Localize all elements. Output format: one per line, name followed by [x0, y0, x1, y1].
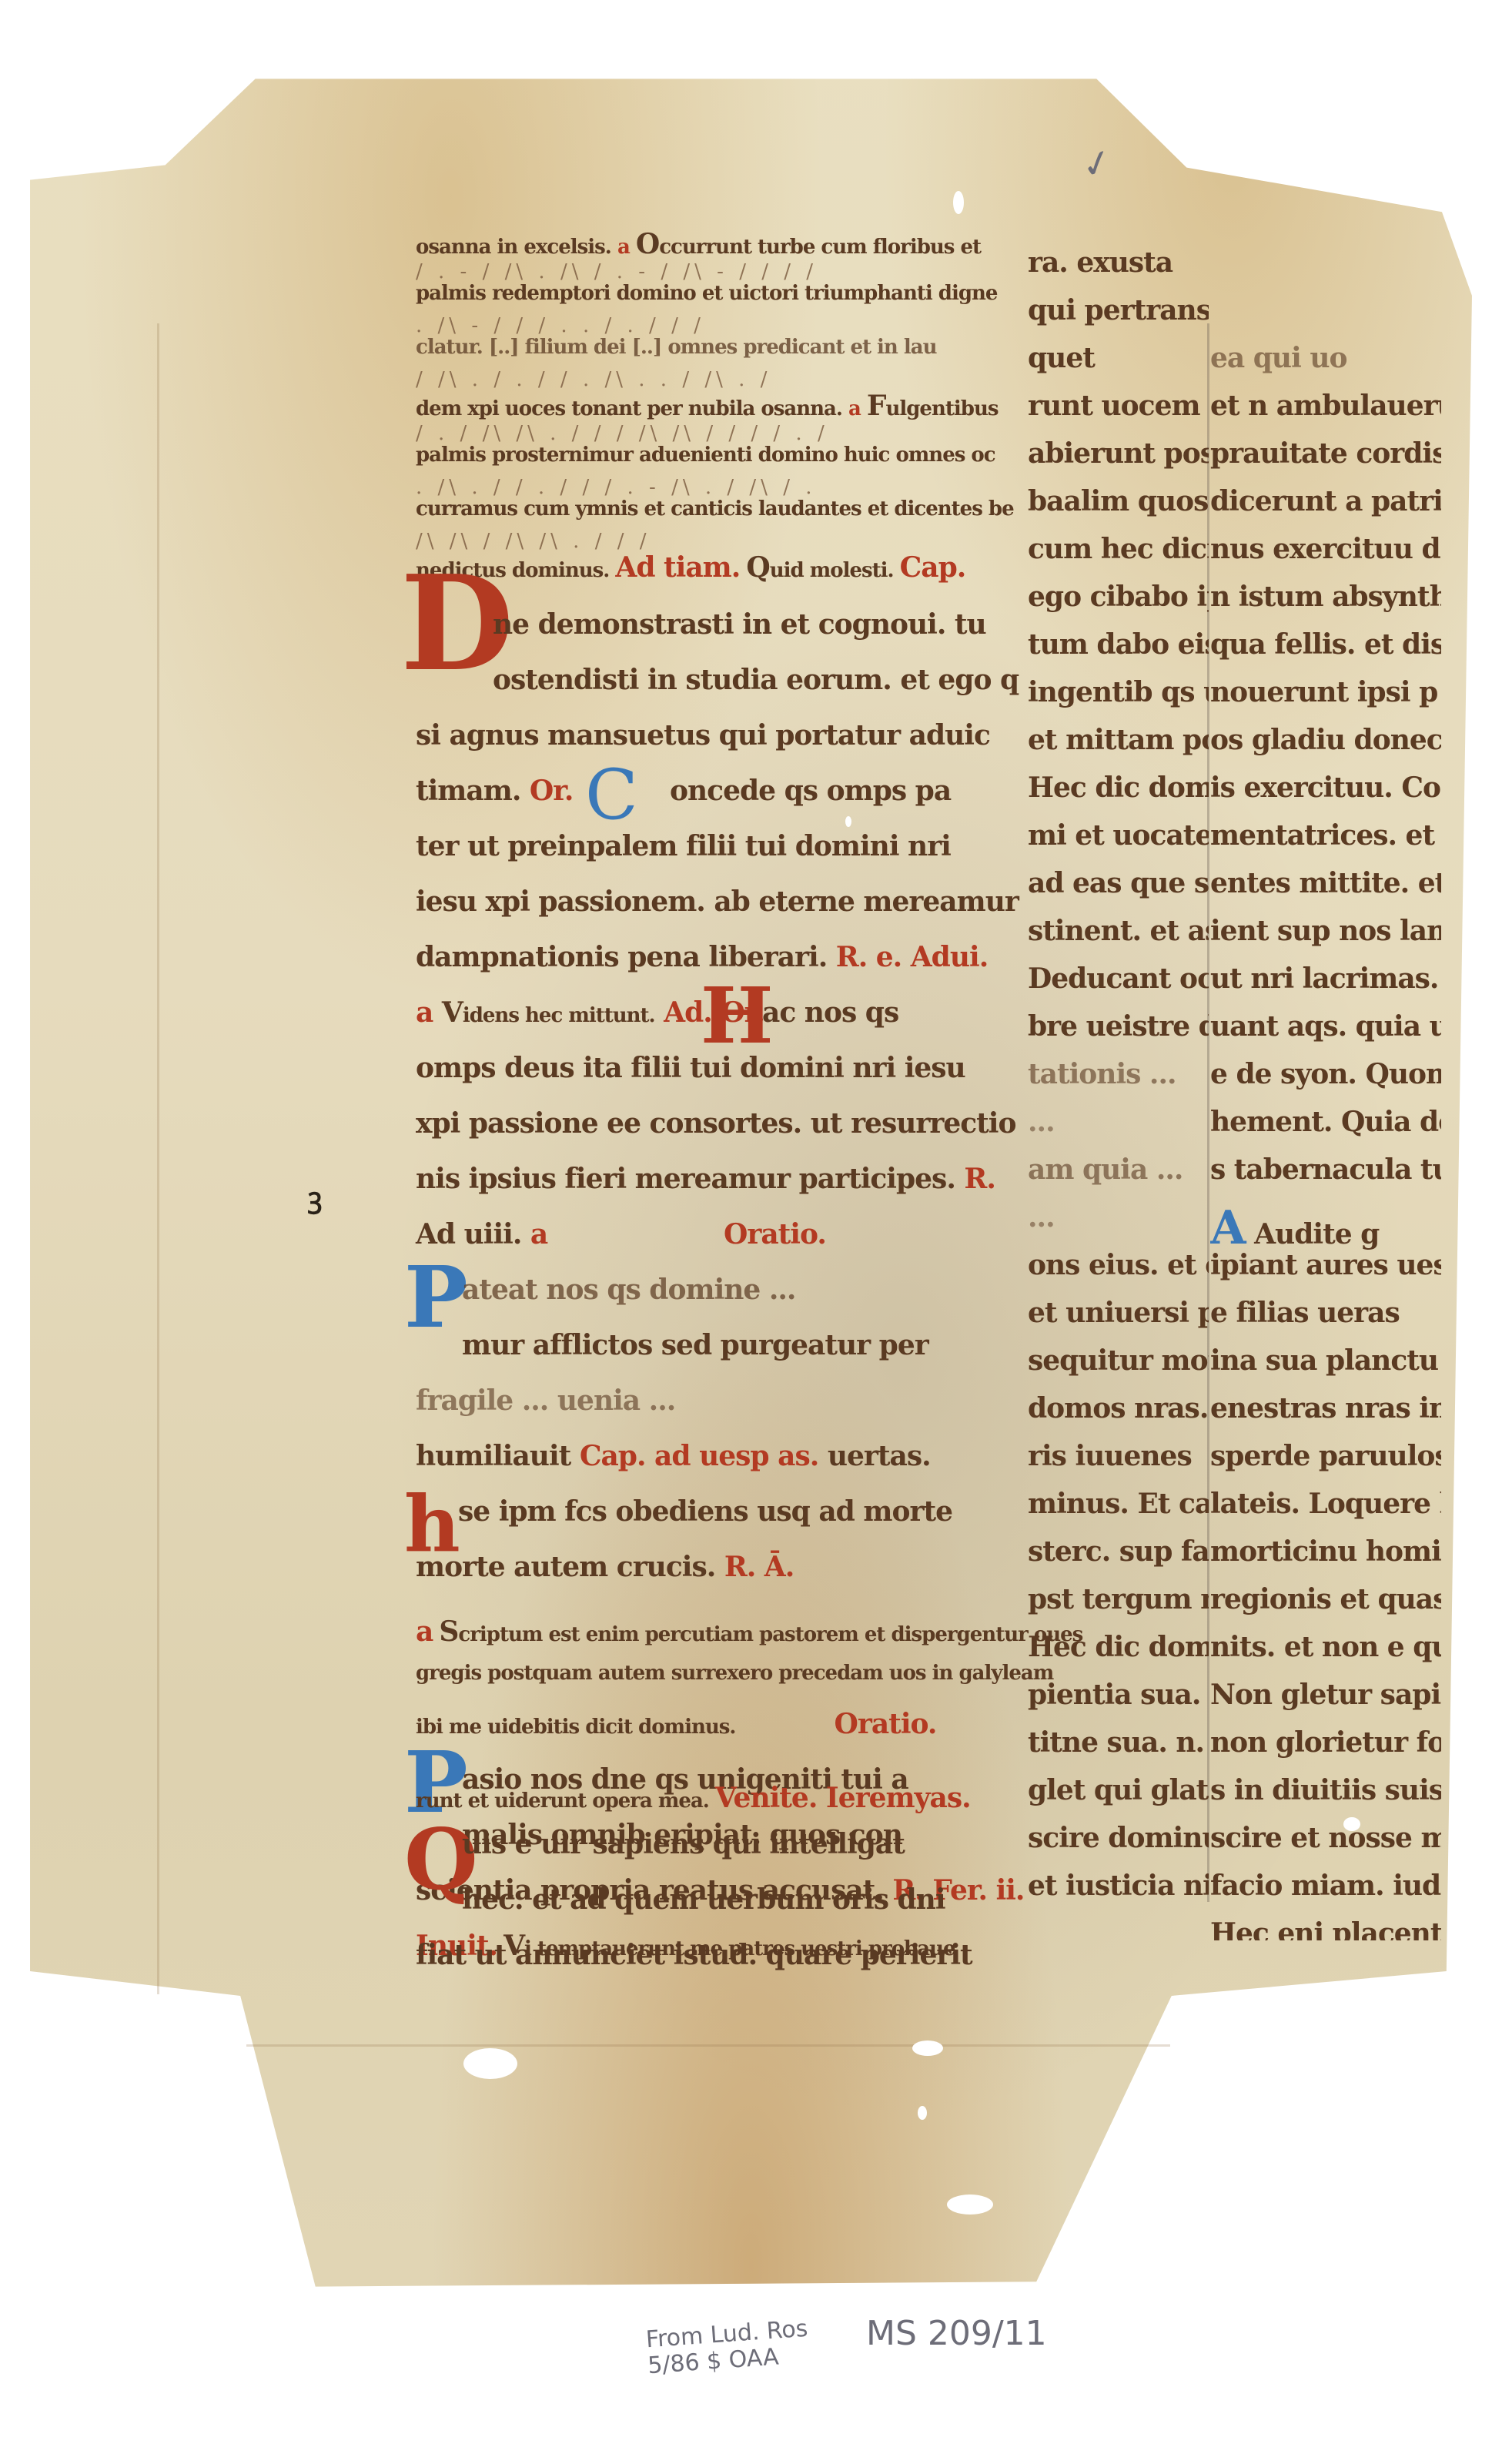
text-line: dampnationis pena liberari. R. e. Adui. [416, 941, 988, 973]
text-line: morticinu hominum [1210, 1535, 1441, 1568]
text-line: facio miam. iudiu [1210, 1870, 1441, 1902]
text-line: ea qui uo [1210, 342, 1347, 374]
text-line: bre ueistre de [1028, 1010, 1209, 1043]
pencil-provenance-note: From Lud. Ros 5/86 $ OAA [645, 2316, 811, 2380]
text-line: ateat nos qs domine ... [462, 1274, 795, 1306]
text-line: omps deus ita filii tui domini nri iesu [416, 1052, 965, 1084]
text-line: ons eius. et occid [1028, 1249, 1209, 1281]
text-line: dicerunt a patrib [1210, 485, 1441, 517]
text-line: ne demonstrasti in et cognoui. tu [493, 608, 986, 641]
text-line: minus. Et cad [1028, 1488, 1209, 1520]
text-line: ut nri lacrimas. et [1210, 962, 1441, 995]
text-line: ego cibabo ip [1028, 581, 1209, 613]
chant-line-4: dem xpi uoces tonant per nubila osanna. … [416, 390, 998, 422]
text-line: et iusticia nim [1028, 1870, 1209, 1902]
text-line: glet qui glat [1028, 1774, 1208, 1806]
text-line: ac nos qs [762, 996, 898, 1029]
text-line: ingentib qs u [1028, 676, 1209, 708]
hole [947, 2194, 993, 2215]
chant-line-6: curramus cum ymnis et canticis laudantes… [416, 497, 1014, 521]
chant-line-5: palmis prosternimur aduenienti domino hu… [416, 444, 995, 467]
text-line: scire et nosse me. qu [1210, 1822, 1441, 1854]
text-line: ient sup nos lamen [1210, 915, 1441, 947]
text-line: n istum absynthio [1210, 581, 1441, 613]
text-line: cum hec dicit [1028, 533, 1209, 565]
text-line: nits. et non e qui col [1210, 1631, 1441, 1663]
text-line: fiat ut annunciet istud. quare perierit [416, 1939, 972, 1971]
hole [463, 2048, 517, 2079]
text-line: mi et uocate l [1028, 819, 1209, 852]
text-line: Hec dic domin [1028, 772, 1209, 804]
chant-line: a Scriptum est enim percutiam pastorem e… [416, 1615, 1082, 1648]
text-line: fragile ... uenia ... [416, 1384, 675, 1417]
text-line: A Audite g [1210, 1201, 1379, 1255]
text-line: sperde paruulos [1210, 1440, 1441, 1472]
text-line: ter ut preinpalem filii tui domini nri [416, 830, 951, 862]
right-column-left-part: ra. exusta qui pertransea quet runt uoce… [1028, 246, 1209, 1940]
text-line: os gladiu donec co [1210, 724, 1441, 756]
chant-line-1: osanna in excelsis. a Occurrunt turbe cu… [416, 228, 981, 260]
text-line: Deducant ocul [1028, 962, 1209, 995]
chant-line: runt et uiderunt opera mea. Venite. Iere… [416, 1782, 971, 1814]
text-line: ... [1028, 1106, 1055, 1138]
text-line: Ad uiii. a [416, 1218, 547, 1250]
text-line: pst tergum met [1028, 1583, 1209, 1615]
text-line: et mittam post [1028, 724, 1209, 756]
rubric-oratio: Oratio. [724, 1218, 826, 1250]
fold-line-bottom [246, 2044, 1170, 2047]
hole [953, 191, 964, 214]
text-line: humiliauit Cap. ad uesp as. uertas. [416, 1440, 931, 1472]
chant-line: gregis postquam autem surrexero precedam… [416, 1662, 1053, 1685]
text-line: sterc. sup faci [1028, 1535, 1209, 1568]
fold-line-left [157, 323, 159, 1994]
text-line: sequitur mors p [1028, 1344, 1209, 1377]
text-line: uant aqs. quia uo [1210, 1010, 1441, 1043]
text-line: nouerunt ipsi p [1210, 676, 1437, 708]
text-line: uis e uir sapiens qui intelligat [462, 1828, 905, 1860]
text-line: oncede qs omps pa [670, 775, 951, 807]
text-line: qui pertransea [1028, 294, 1209, 326]
text-line: s tabernacula tu [1210, 1153, 1441, 1186]
text-line: timam. Or. [416, 775, 573, 807]
initial-p-blue: P [404, 1247, 468, 1347]
text-line: ... [1028, 1201, 1055, 1234]
text-line: qua fellis. et disp [1210, 628, 1441, 661]
text-line: et n ambulauerun [1210, 390, 1441, 422]
text-line: hec. et ad quem uerbum oris dni [462, 1883, 945, 1916]
text-line: se ipm fcs obediens usq ad morte [458, 1495, 952, 1528]
marginal-mark: ꝫ [308, 1178, 322, 1216]
text-line: ra. exusta [1028, 246, 1172, 279]
text-line: tationis ... [1028, 1058, 1176, 1090]
text-line: et uniuersi p [1028, 1297, 1209, 1329]
text-line: prauitate cordis sui [1210, 437, 1441, 470]
text-line: ris iuuenes [1028, 1440, 1192, 1472]
chant-line-2: palmis redemptori domino et uictori triu… [416, 282, 997, 305]
text-line: domos nras. d [1028, 1392, 1209, 1424]
text-line: am quia ... [1028, 1153, 1183, 1186]
text-line: Hec eni placent [1210, 1917, 1441, 1940]
text-line: nus exercituu ds is [1210, 533, 1441, 565]
text-line: tum dabo eis [1028, 628, 1209, 661]
text-line: xpi passione ee consortes. ut resurrecti… [416, 1107, 1015, 1140]
text-line: scire dominum qu [1028, 1822, 1209, 1854]
chant-line-3: clatur. [..] filium dei [..] omnes predi… [416, 336, 937, 359]
text-line: ina sua planctu [1210, 1344, 1438, 1377]
neume-line: / . / /\ /\ . / / / /\ /\ / / / / . / [416, 422, 829, 445]
text-line: e filias ueras [1210, 1297, 1400, 1329]
text-line: mur afflictos sed purgeatur per [462, 1329, 928, 1361]
text-line: enestras nras ingr [1210, 1392, 1441, 1424]
text-line: is exercituu. Con [1210, 772, 1441, 804]
text-line: abierunt post p [1028, 437, 1209, 470]
text-line: Non gletur sapien [1210, 1679, 1441, 1711]
neume-line: . /\ - / / / . . / . / / / [416, 314, 705, 337]
text-line: non glorietur fortis in [1210, 1726, 1441, 1759]
text-line: pientia sua. et [1028, 1679, 1209, 1711]
text-line: ostendisti in studia eorum. et ego q [493, 664, 1019, 696]
text-line: Hec dic domin [1028, 1631, 1209, 1663]
hole [912, 2040, 943, 2056]
neume-line: / . - / /\ . /\ / . - / /\ - / / / / [416, 260, 818, 283]
text-line: iesu xpi passionem. ab eterne mereamur [416, 885, 1019, 918]
initial-c-blue: C [585, 755, 638, 835]
right-column-right-part: ea qui uo et n ambulauerun prauitate cor… [1210, 339, 1441, 1940]
text-line: hement. Quia de [1210, 1106, 1441, 1138]
hole [918, 2106, 927, 2120]
hole [1313, 2152, 1333, 2183]
text-line: titne sua. n. d [1028, 1726, 1209, 1759]
text-line: quet [1028, 342, 1095, 374]
left-column-bottom: runt et uiderunt opera mea. Venite. Iere… [416, 1771, 947, 2002]
text-line: entes mittite. et p [1210, 867, 1441, 899]
text-line: regionis et quasi fe [1210, 1583, 1441, 1615]
text-line: ad eas que sap [1028, 867, 1209, 899]
initial-a-blue: A [1210, 1201, 1246, 1255]
shelfmark: MS 209/11 [866, 2314, 1047, 2353]
chant-line: ibi me uidebitis dicit dominus. Oratio. [416, 1708, 936, 1740]
text-line: si agnus mansuetus qui portatur aduic [416, 719, 990, 752]
text-line: baalim quos [1028, 485, 1208, 517]
text-line: ipiant aures uestr [1210, 1249, 1441, 1281]
text-line: morte autem crucis. R. Ā. [416, 1551, 794, 1583]
text-line: runt uocem mea [1028, 390, 1209, 422]
neume-line: . /\ . / / . / / / . - /\ . / /\ / . [416, 476, 816, 499]
left-column: osanna in excelsis. a Occurrunt turbe cu… [416, 200, 947, 1933]
text-line: nis ipsius fieri mereamur participes. R. [416, 1163, 995, 1195]
text-line: stinent. et assu [1028, 915, 1209, 947]
neume-line: / /\ . / . / / . /\ . . / /\ . / [416, 368, 771, 391]
manuscript-leaf: osanna in excelsis. a Occurrunt turbe cu… [0, 0, 1502, 2464]
text-line: s in diuitiis suis. Se [1210, 1774, 1441, 1806]
text-line: lateis. Loquere hec [1210, 1488, 1441, 1520]
text-line: e de syon. Quom [1210, 1058, 1441, 1090]
text-line: mentatrices. et uen [1210, 819, 1441, 852]
